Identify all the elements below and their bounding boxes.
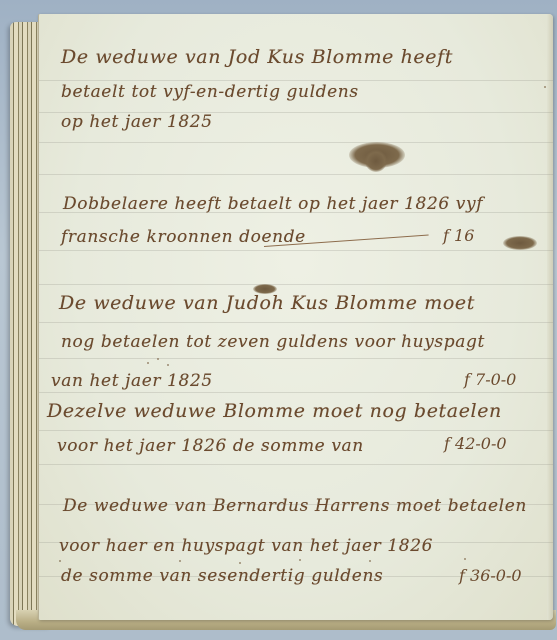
entry-1-line-2: betaelt tot vyf-en-dertig guldens: [61, 82, 359, 102]
ruled-line: [39, 464, 553, 465]
entry-4-amount: f 42-0-0: [444, 434, 507, 453]
ink-speck: [167, 364, 169, 366]
entry-5-amount: f 36-0-0: [459, 566, 522, 585]
ink-speck: [157, 358, 159, 360]
ruled-line: [39, 80, 553, 81]
entry-5-line-3: de somme van sesendertig guldens: [61, 566, 383, 586]
ink-speck: [369, 560, 371, 562]
page-edge: [547, 14, 553, 620]
entry-5-line-1: De weduwe van Bernardus Harrens moet bet…: [63, 496, 527, 516]
ink-stain: [503, 236, 537, 250]
entry-4-line-2: voor het jaer 1826 de somme van: [57, 436, 364, 456]
ruled-line: [39, 142, 553, 143]
entry-2-line-1: Dobbelaere heeft betaelt op het jaer 182…: [63, 194, 483, 214]
ink-speck: [147, 362, 149, 364]
ruled-line: [39, 392, 553, 393]
ruled-line: [39, 284, 553, 285]
ink-speck: [464, 558, 466, 560]
ruled-line: [39, 250, 553, 251]
entry-3-line-3: van het jaer 1825: [51, 371, 213, 391]
entry-1-line-1: De weduwe van Jod Kus Blomme heeft: [61, 46, 453, 68]
ink-speck: [299, 559, 301, 561]
ruled-line: [39, 430, 553, 431]
entry-3-amount: f 7-0-0: [464, 370, 516, 389]
ruled-line: [39, 322, 553, 323]
ink-speck: [59, 560, 61, 562]
ledger-page: De weduwe van Jod Kus Blomme heeft betae…: [38, 14, 553, 620]
ink-speck: [179, 560, 181, 562]
entry-3-line-2: nog betaelen tot zeven guldens voor huys…: [61, 332, 485, 352]
entry-2-line-2: fransche kroonnen doende: [61, 227, 306, 247]
entry-5-line-2: voor haer en huyspagt van het jaer 1826: [59, 536, 433, 556]
manuscript-photo: De weduwe van Jod Kus Blomme heeft betae…: [0, 0, 557, 640]
entry-2-amount: f 16: [443, 226, 474, 245]
ink-stain: [365, 150, 387, 172]
entry-4-line-1: Dezelve weduwe Blomme moet nog betaelen: [47, 400, 502, 422]
ruled-line: [39, 174, 553, 175]
ink-speck: [239, 562, 241, 564]
entry-3-line-1: De weduwe van Judoh Kus Blomme moet: [59, 292, 475, 314]
entry-1-line-3: op het jaer 1825: [61, 112, 213, 132]
ruled-line: [39, 358, 553, 359]
ink-stain: [253, 284, 277, 294]
ink-speck: [544, 86, 546, 88]
